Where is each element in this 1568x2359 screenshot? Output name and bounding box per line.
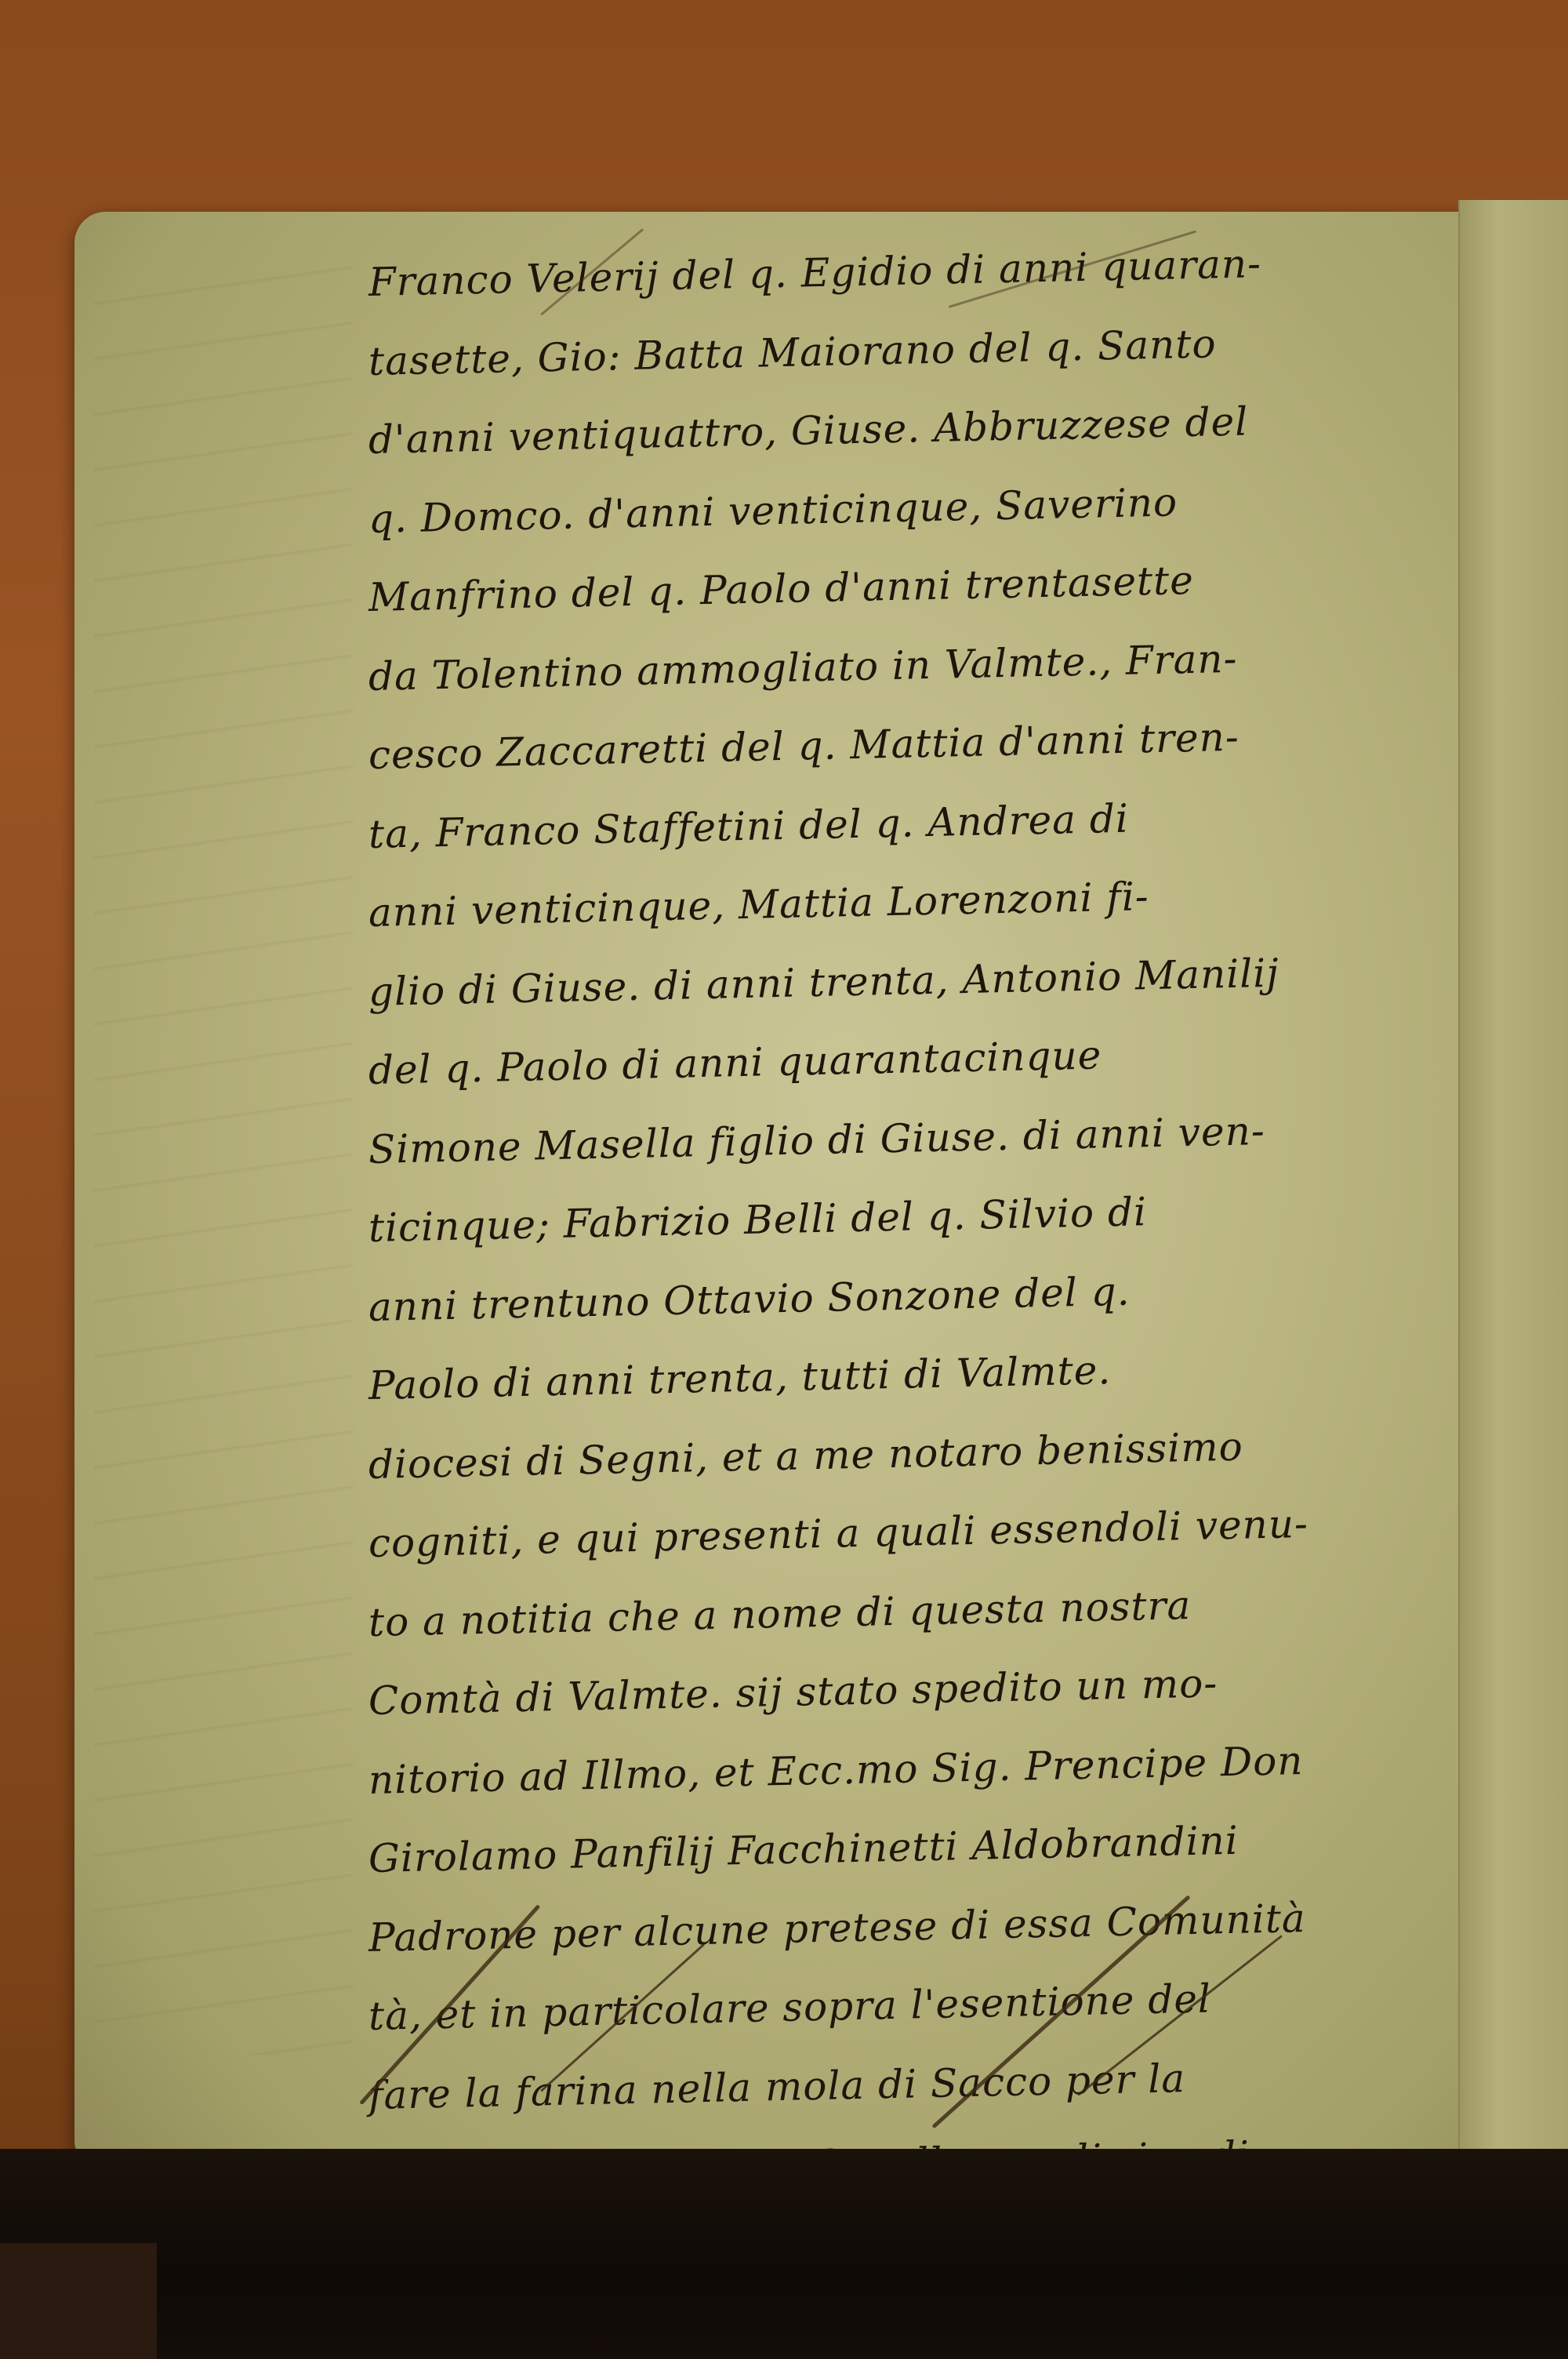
handwritten-text-block: Franco Velerij del q. Egidio di anni qua… bbox=[368, 243, 1450, 2292]
ink-bleed-through bbox=[94, 251, 353, 2055]
table-edge-shadow bbox=[0, 2149, 1568, 2359]
page-fold-edge bbox=[1458, 200, 1568, 2168]
background-object bbox=[0, 2243, 157, 2359]
